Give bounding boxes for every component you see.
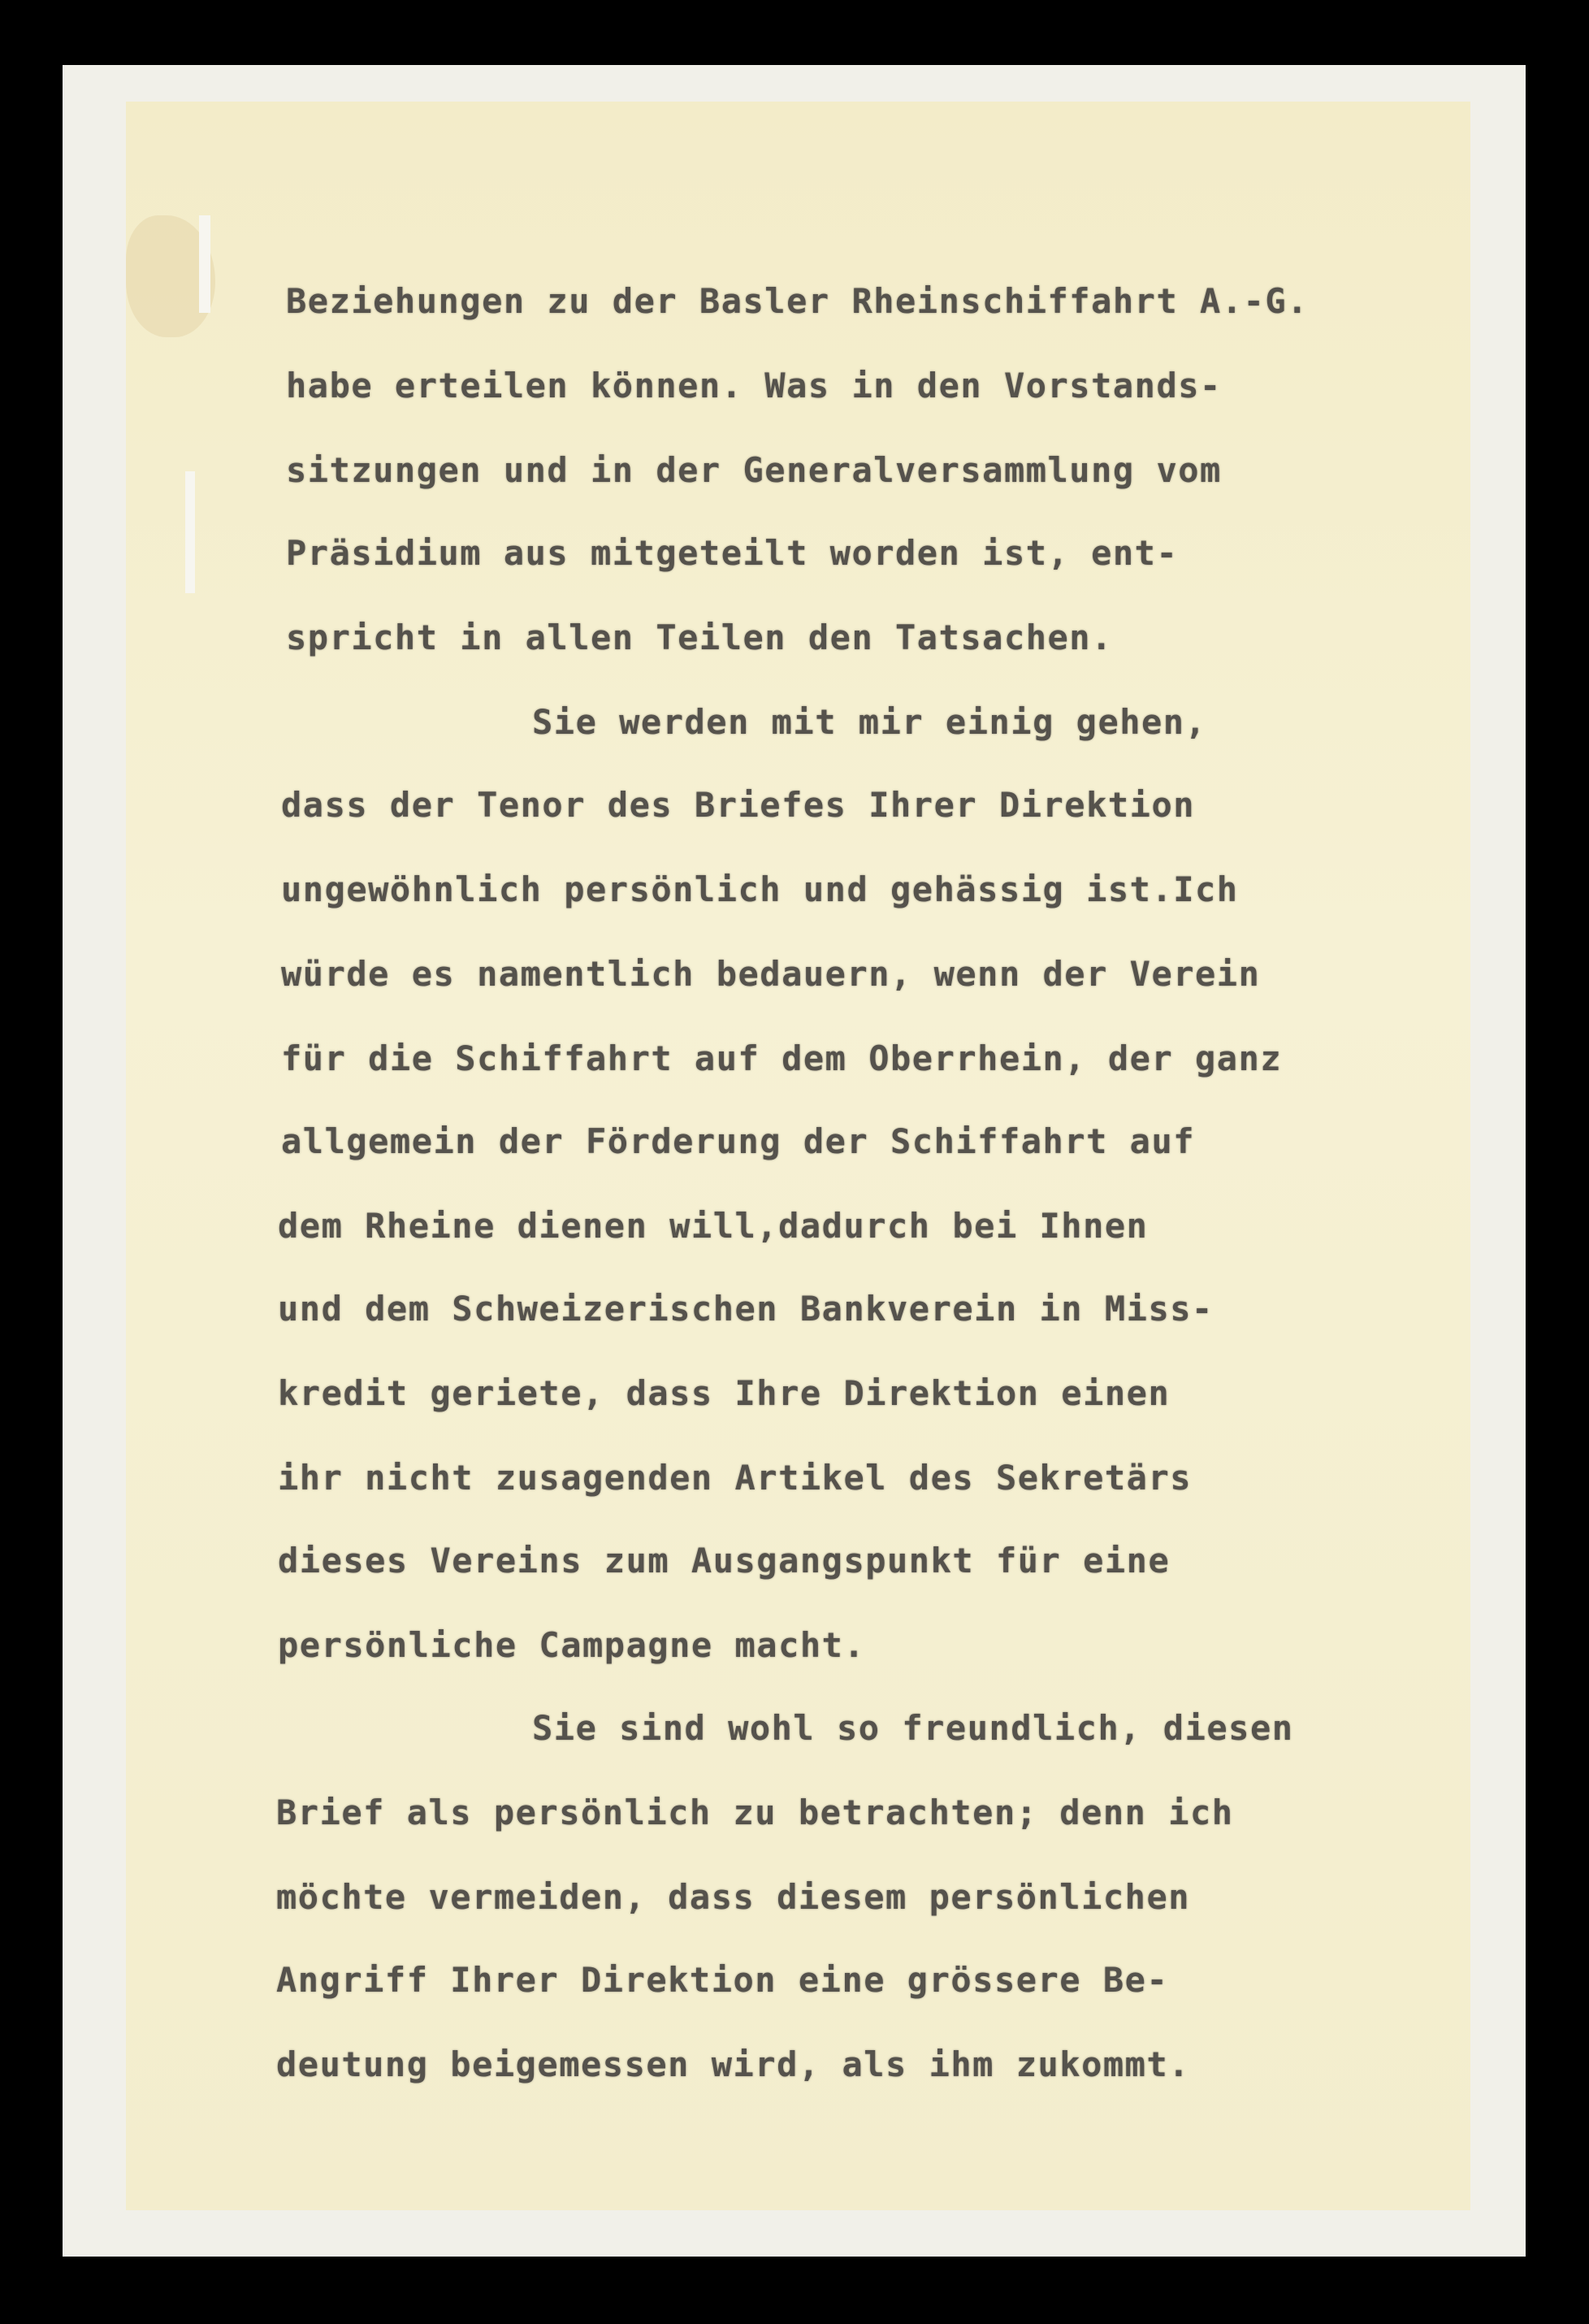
text-line: allgemein der Förderung der Schiffahrt a… (281, 1121, 1195, 1161)
text-line: Sie sind wohl so freundlich, diesen (532, 1708, 1294, 1748)
text-line: Angriff Ihrer Direktion eine grössere Be… (276, 1960, 1168, 2000)
text-line: Sie werden mit mir einig gehen, (532, 702, 1206, 742)
text-line: ihr nicht zusagenden Artikel des Sekretä… (278, 1458, 1192, 1498)
text-line: kredit geriete, dass Ihre Direktion eine… (278, 1373, 1170, 1413)
text-line: und dem Schweizerischen Bankverein in Mi… (278, 1289, 1214, 1329)
text-line: sitzungen und in der Generalversammlung … (286, 450, 1222, 490)
text-line: würde es namentlich bedauern, wenn der V… (281, 954, 1260, 994)
text-line: habe erteilen können. Was in den Vorstan… (286, 366, 1222, 405)
text-line: Beziehungen zu der Basler Rheinschiffahr… (286, 281, 1309, 321)
text-line: Präsidium aus mitgeteilt worden ist, ent… (286, 533, 1178, 573)
text-line: spricht in allen Teilen den Tatsachen. (286, 618, 1113, 657)
text-line: dem Rheine dienen will,dadurch bei Ihnen (278, 1206, 1148, 1246)
paper-tear (199, 215, 210, 313)
text-line: dieses Vereins zum Ausgangspunkt für ein… (278, 1541, 1170, 1580)
text-line: für die Schiffahrt auf dem Oberrhein, de… (281, 1038, 1282, 1078)
text-line: deutung beigemessen wird, als ihm zukomm… (276, 2044, 1190, 2084)
text-line: möchte vermeiden, dass diesem persönlich… (276, 1877, 1190, 1917)
text-line: dass der Tenor des Briefes Ihrer Direkti… (281, 785, 1195, 825)
paper-tear (185, 471, 195, 593)
text-line: persönliche Campagne macht. (278, 1625, 865, 1665)
text-line: Brief als persönlich zu betrachten; denn… (276, 1793, 1234, 1832)
text-line: ungewöhnlich persönlich und gehässig ist… (281, 869, 1239, 909)
